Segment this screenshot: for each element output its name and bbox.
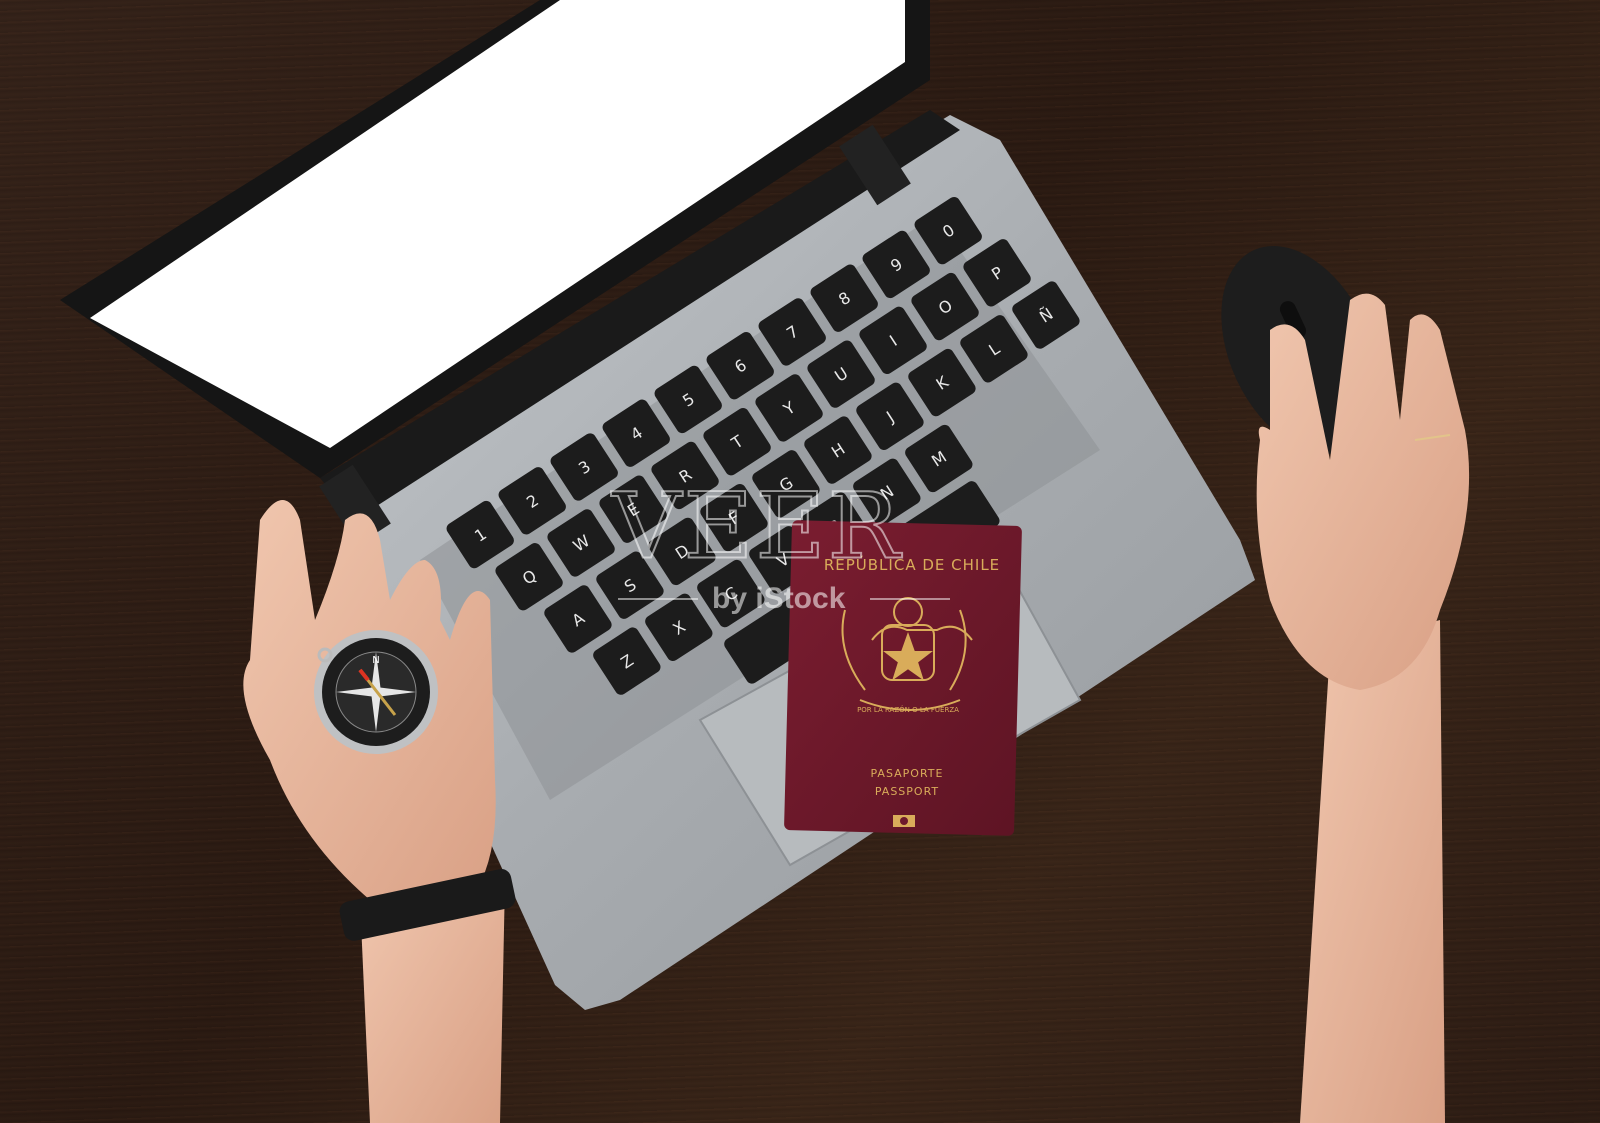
- watermark-rule-left: [618, 598, 698, 600]
- svg-text:N: N: [372, 655, 379, 666]
- watermark-rule-right: [870, 598, 950, 600]
- left-hand: [243, 500, 517, 1123]
- compass: N: [314, 630, 438, 754]
- right-hand: [1257, 294, 1469, 1123]
- watermark-sub: by iStock: [712, 582, 845, 616]
- svg-text:PASSPORT: PASSPORT: [875, 785, 939, 798]
- watermark-brand: VEER: [612, 473, 902, 579]
- svg-text:PASAPORTE: PASAPORTE: [871, 767, 944, 780]
- svg-text:POR LA RAZÓN O LA FUERZA: POR LA RAZÓN O LA FUERZA: [857, 705, 959, 714]
